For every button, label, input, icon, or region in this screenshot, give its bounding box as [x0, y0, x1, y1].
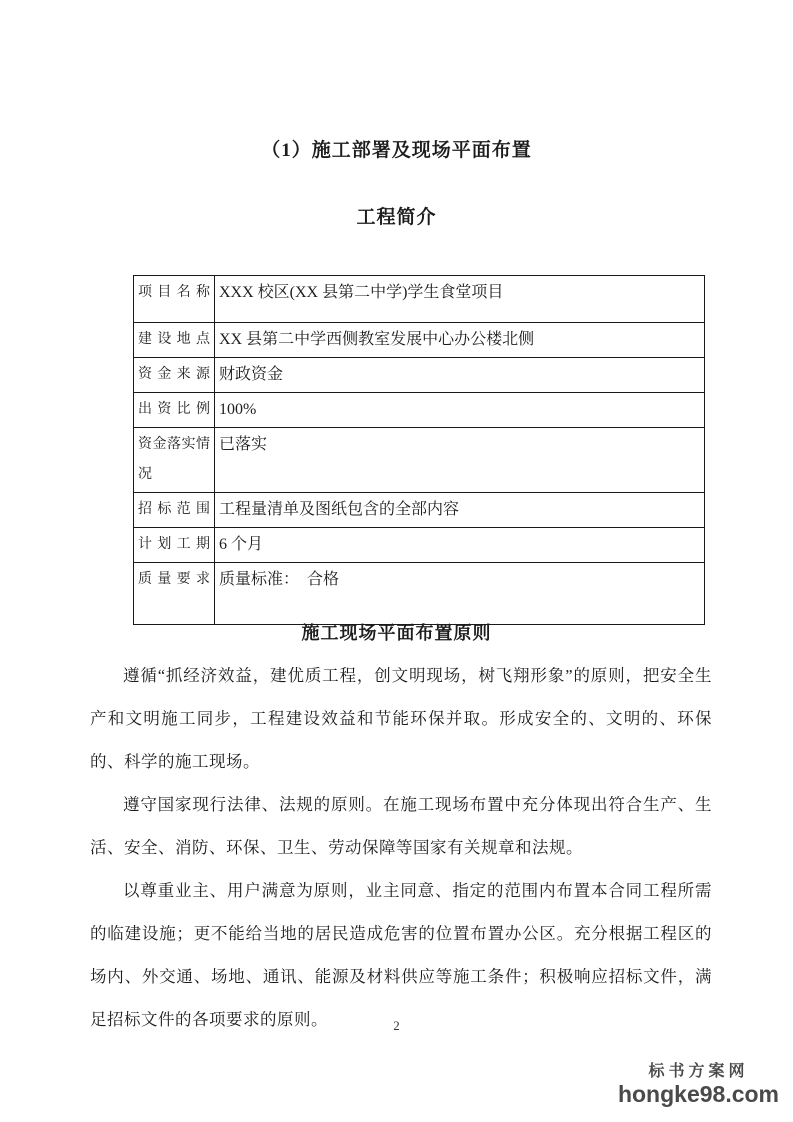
page-subtitle: 工程简介 [0, 202, 793, 229]
table-row-value: 已落实 [215, 428, 705, 493]
section-heading: 施工现场平面布置原则 [0, 619, 793, 645]
table-row-label: 项目名称 [134, 276, 215, 323]
watermark-site-domain: hongke98.com [618, 1082, 779, 1106]
table-row: 资金落实情况 已落实 [134, 428, 705, 493]
table-row: 资金来源 财政资金 [134, 358, 705, 393]
table-row-value: 质量标准： 合格 [215, 563, 705, 625]
body-paragraphs: 遵循“抓经济效益，建优质工程，创文明现场，树飞翔形象”的原则，把安全生产和文明施… [90, 654, 712, 1041]
table-row-label: 计划工期 [134, 528, 215, 563]
table-row-value: XX 县第二中学西侧教室发展中心办公楼北侧 [215, 323, 705, 358]
project-info-table-body: 项目名称 XXX 校区(XX 县第二中学)学生食堂项目 建设地点 XX 县第二中… [134, 276, 705, 625]
table-row: 招标范围 工程量清单及图纸包含的全部内容 [134, 493, 705, 528]
body-paragraph: 遵守国家现行法律、法规的原则。在施工现场布置中充分体现出符合生产、生活、安全、消… [90, 783, 712, 869]
table-row-label: 招标范围 [134, 493, 215, 528]
watermark: 标书方案网 hongke98.com [618, 1062, 779, 1106]
project-info-table: 项目名称 XXX 校区(XX 县第二中学)学生食堂项目 建设地点 XX 县第二中… [133, 275, 705, 625]
table-row: 项目名称 XXX 校区(XX 县第二中学)学生食堂项目 [134, 276, 705, 323]
table-row-label: 资金来源 [134, 358, 215, 393]
table-row: 质量要求 质量标准： 合格 [134, 563, 705, 625]
document-page: { "page": { "title": "（1）施工部署及现场平面布置", "… [0, 0, 793, 1122]
table-row: 计划工期 6 个月 [134, 528, 705, 563]
table-row-label: 建设地点 [134, 323, 215, 358]
table-row-label: 资金落实情况 [134, 428, 215, 493]
table-row-value: 工程量清单及图纸包含的全部内容 [215, 493, 705, 528]
table-row-value: 100% [215, 393, 705, 428]
body-paragraph: 以尊重业主、用户满意为原则，业主同意、指定的范围内布置本合同工程所需的临建设施；… [90, 869, 712, 1041]
table-row-label: 出资比例 [134, 393, 215, 428]
page-title: （1）施工部署及现场平面布置 [0, 135, 793, 162]
table-row: 出资比例 100% [134, 393, 705, 428]
body-paragraph: 遵循“抓经济效益，建优质工程，创文明现场，树飞翔形象”的原则，把安全生产和文明施… [90, 654, 712, 783]
table-row-value: 财政资金 [215, 358, 705, 393]
table-row-label: 质量要求 [134, 563, 215, 625]
table-row-value: XXX 校区(XX 县第二中学)学生食堂项目 [215, 276, 705, 323]
watermark-site-name: 标书方案网 [618, 1062, 779, 1082]
table-row: 建设地点 XX 县第二中学西侧教室发展中心办公楼北侧 [134, 323, 705, 358]
page-number: 2 [0, 1018, 793, 1034]
table-row-value: 6 个月 [215, 528, 705, 563]
